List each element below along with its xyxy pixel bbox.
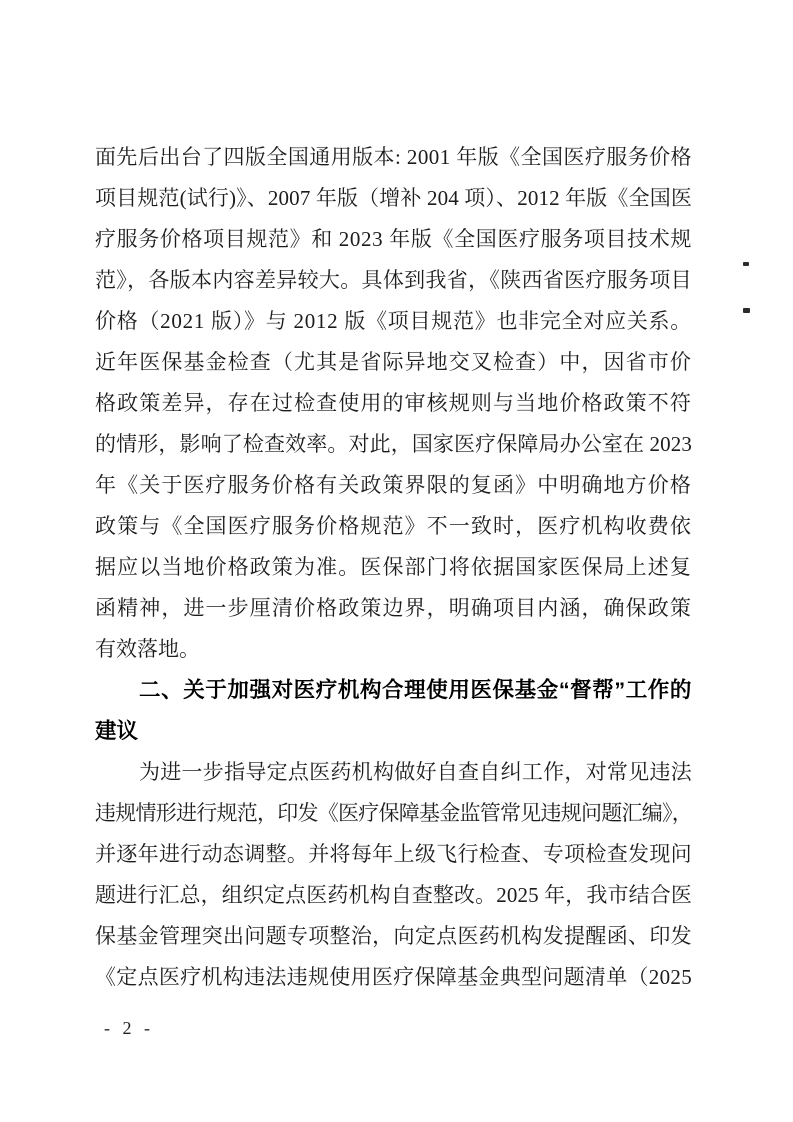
body-line: 面先后出台了四版全国通用版本: 2001 年版《全国医疗服务价格 — [95, 137, 692, 178]
body-line: 项目规范(试行)》、2007 年版（增补 204 项）、2012 年版《全国医 — [95, 178, 692, 219]
body-line: 有效落地。 — [95, 629, 692, 670]
scan-artifact-speck — [743, 262, 749, 266]
body-line: 违规情形进行规范，印发《医疗保障基金监管常见违规问题汇编》， — [95, 793, 692, 834]
body-text: 面先后出台了四版全国通用版本: 2001 年版《全国医疗服务价格 项目规范(试行… — [95, 137, 692, 998]
body-line: 并逐年进行动态调整。并将每年上级飞行检查、专项检查发现问 — [95, 834, 692, 875]
body-line: 政策与《全国医疗服务价格规范》不一致时，医疗机构收费依 — [95, 506, 692, 547]
body-line: 为进一步指导定点医药机构做好自查自纠工作，对常见违法 — [95, 752, 692, 793]
body-line: 保基金管理突出问题专项整治，向定点医药机构发提醒函、印发 — [95, 916, 692, 957]
body-line: 疗服务价格项目规范》和 2023 年版《全国医疗服务项目技术规 — [95, 219, 692, 260]
body-line: 格政策差异，存在过检查使用的审核规则与当地价格政策不符 — [95, 383, 692, 424]
body-line: 年《关于医疗服务价格有关政策界限的复函》中明确地方价格 — [95, 465, 692, 506]
body-line: 据应以当地价格政策为准。医保部门将依据国家医保局上述复 — [95, 547, 692, 588]
section-heading-line: 二、关于加强对医疗机构合理使用医保基金“督帮”工作的 — [95, 670, 692, 711]
page-number: - 2 - — [104, 1018, 154, 1039]
body-line: 近年医保基金检查（尤其是省际异地交叉检查）中，因省市价 — [95, 342, 692, 383]
body-line: 函精神，进一步厘清价格政策边界，明确项目内涵，确保政策 — [95, 588, 692, 629]
scan-artifact-speck — [743, 308, 750, 313]
body-line: 《定点医疗机构违法违规使用医疗保障基金典型问题清单（2025 — [95, 957, 692, 998]
body-line: 的情形，影响了检查效率。对此，国家医疗保障局办公室在 2023 — [95, 424, 692, 465]
body-line: 范》，各版本内容差异较大。具体到我省，《陕西省医疗服务项目 — [95, 260, 692, 301]
document-page: 面先后出台了四版全国通用版本: 2001 年版《全国医疗服务价格 项目规范(试行… — [0, 0, 793, 1122]
body-line: 题进行汇总，组织定点医药机构自查整改。2025 年，我市结合医 — [95, 875, 692, 916]
body-line: 价格（2021 版）》与 2012 版《项目规范》也非完全对应关系。 — [95, 301, 692, 342]
section-heading-line: 建议 — [95, 711, 692, 752]
